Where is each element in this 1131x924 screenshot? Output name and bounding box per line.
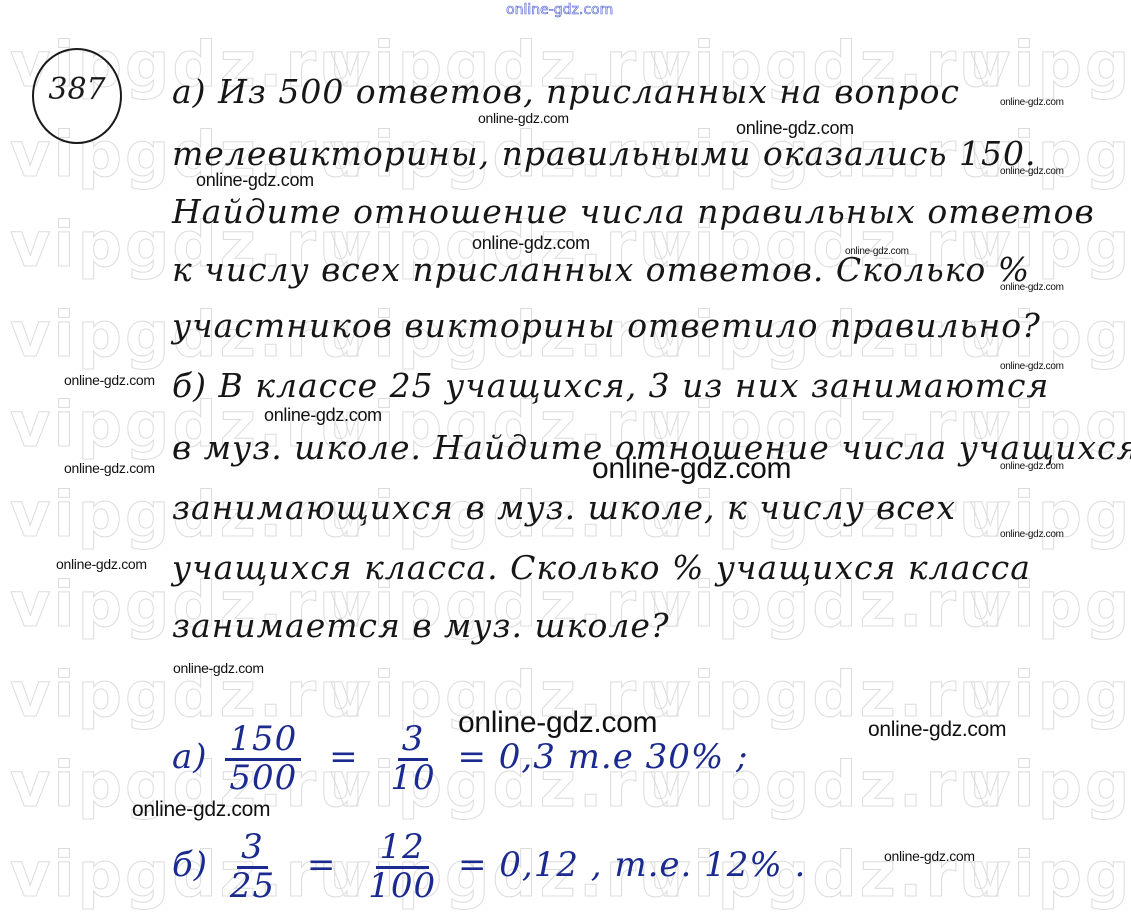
numerator: 3 [398, 722, 429, 761]
watermark-stamp: online-gdz.com [1000, 282, 1064, 293]
watermark-stamp: online-gdz.com [458, 706, 657, 740]
equals-sign: = [307, 845, 337, 885]
part-a-text: Из 500 ответов, присланных на вопрос [218, 72, 960, 111]
watermark-stamp: online-gdz.com [472, 233, 590, 254]
solution-a-label: а) [172, 737, 208, 777]
solution-b-result: = 0,12 , т.е. 12% . [458, 845, 806, 885]
problem-number: 387 [32, 48, 122, 144]
numerator: 150 [225, 722, 301, 761]
watermark-stamp: online-gdz.com [845, 246, 909, 257]
numerator: 12 [376, 830, 429, 869]
watermark-stamp: online-gdz.com [64, 372, 155, 388]
problem-b-line-3: занимающихся в муз. школе, к числу всех [172, 488, 956, 527]
watermark-stamp: online-gdz.com [56, 556, 147, 572]
watermark-stamp: online-gdz.com [196, 170, 314, 191]
watermark-stamp: online-gdz.com [868, 718, 1006, 742]
solution-a-fraction-1: 150 500 [225, 722, 301, 796]
solution-b-fraction-1: 3 25 [226, 830, 279, 904]
equals-sign: = [329, 737, 359, 777]
problem-a-line-2: телевикторины, правильными оказались 150… [172, 134, 1036, 173]
solution-b: б) 3 25 = 12 100 = 0,12 , т.е. 12% . [172, 830, 806, 904]
denominator: 10 [386, 761, 439, 797]
watermark-stamp: online-gdz.com [1000, 97, 1064, 108]
watermark-stamp: online-gdz.com [592, 452, 791, 486]
solution-a-result: = 0,3 т.е 30% ; [457, 737, 748, 777]
part-a-label: а) [172, 72, 207, 111]
denominator: 100 [364, 869, 440, 905]
bg-watermark: vipgdz.ru [970, 478, 1131, 551]
problem-b-line-5: занимается в муз. школе? [172, 606, 670, 645]
part-b-label: б) [172, 366, 207, 405]
problem-a-line-1: а) Из 500 ответов, присланных на вопрос [172, 72, 960, 111]
denominator: 25 [226, 869, 279, 905]
document-page: vipgdz.ru vipgdz.ru vipgdz.ru vipgdz.ru … [0, 0, 1131, 924]
solution-a-fraction-2: 3 10 [386, 722, 439, 796]
problem-a-line-5: участников викторины ответило правильно? [172, 306, 1041, 345]
watermark-stamp: online-gdz.com [132, 798, 270, 822]
watermark-stamp: online-gdz.com [478, 110, 569, 126]
bg-watermark: vipgdz.ru [970, 28, 1131, 101]
watermark-stamp: online-gdz.com [264, 405, 382, 426]
watermark-stamp: online-gdz.com [1000, 461, 1064, 472]
bg-watermark: vipgdz.ru [970, 838, 1131, 911]
watermark-stamp: online-gdz.com [1000, 361, 1064, 372]
bg-watermark: vipgdz.ru [970, 748, 1131, 821]
watermark-stamp: online-gdz.com [173, 660, 264, 676]
problem-a-line-3: Найдите отношение числа правильных ответ… [172, 192, 1095, 231]
solution-b-fraction-2: 12 100 [364, 830, 440, 904]
watermark-stamp: online-gdz.com [1000, 529, 1064, 540]
watermark-stamp: online-gdz.com [1000, 166, 1064, 177]
solution-b-label: б) [172, 845, 208, 885]
problem-number-text: 387 [48, 72, 105, 107]
part-b-text: В классе 25 учащихся, 3 из них занимаютс… [219, 366, 1050, 405]
numerator: 3 [237, 830, 268, 869]
watermark-stamp: online-gdz.com [884, 848, 975, 864]
watermark-stamp: online-gdz.com [736, 118, 854, 139]
problem-b-line-4: учащихся класса. Сколько % учащихся клас… [172, 548, 1031, 587]
site-link[interactable]: online-gdz.com [506, 2, 613, 18]
watermark-stamp: online-gdz.com [64, 460, 155, 476]
problem-b-line-1: б) В классе 25 учащихся, 3 из них занима… [172, 366, 1049, 405]
denominator: 500 [225, 761, 301, 797]
